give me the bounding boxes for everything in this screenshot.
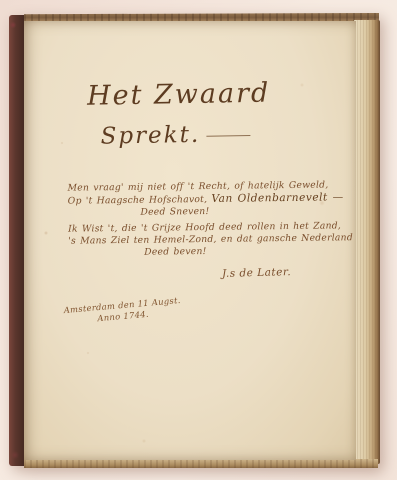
place-and-date: Amsterdam den 11 Augst. Anno 1744. xyxy=(63,295,182,327)
poem-line-2-emphasis: Van Oldenbarnevelt — xyxy=(211,192,343,206)
antique-book: Het Zwaard Sprekt. Men vraag' mij niet o… xyxy=(9,13,380,468)
title-flourish-line xyxy=(206,135,250,137)
book-page-fore-edge xyxy=(354,20,380,464)
poem-title-line2-wrap: Sprekt. xyxy=(24,119,356,151)
poem-line-2-start: Op 't Haagsche Hofschavot, xyxy=(68,194,212,207)
author-signature: J.s de Later. xyxy=(222,266,291,280)
poem-stanza: Men vraag' mij niet off 't Recht, of hat… xyxy=(68,179,343,260)
photo-background: Het Zwaard Sprekt. Men vraag' mij niet o… xyxy=(0,0,397,480)
poem-title-line1: Het Zwaard xyxy=(23,76,355,113)
poem-title: Het Zwaard Sprekt. xyxy=(23,76,356,151)
poem-title-line2: Sprekt. xyxy=(100,122,200,150)
manuscript-page: Het Zwaard Sprekt. Men vraag' mij niet o… xyxy=(24,21,356,460)
book-bottom-edge xyxy=(24,459,378,468)
